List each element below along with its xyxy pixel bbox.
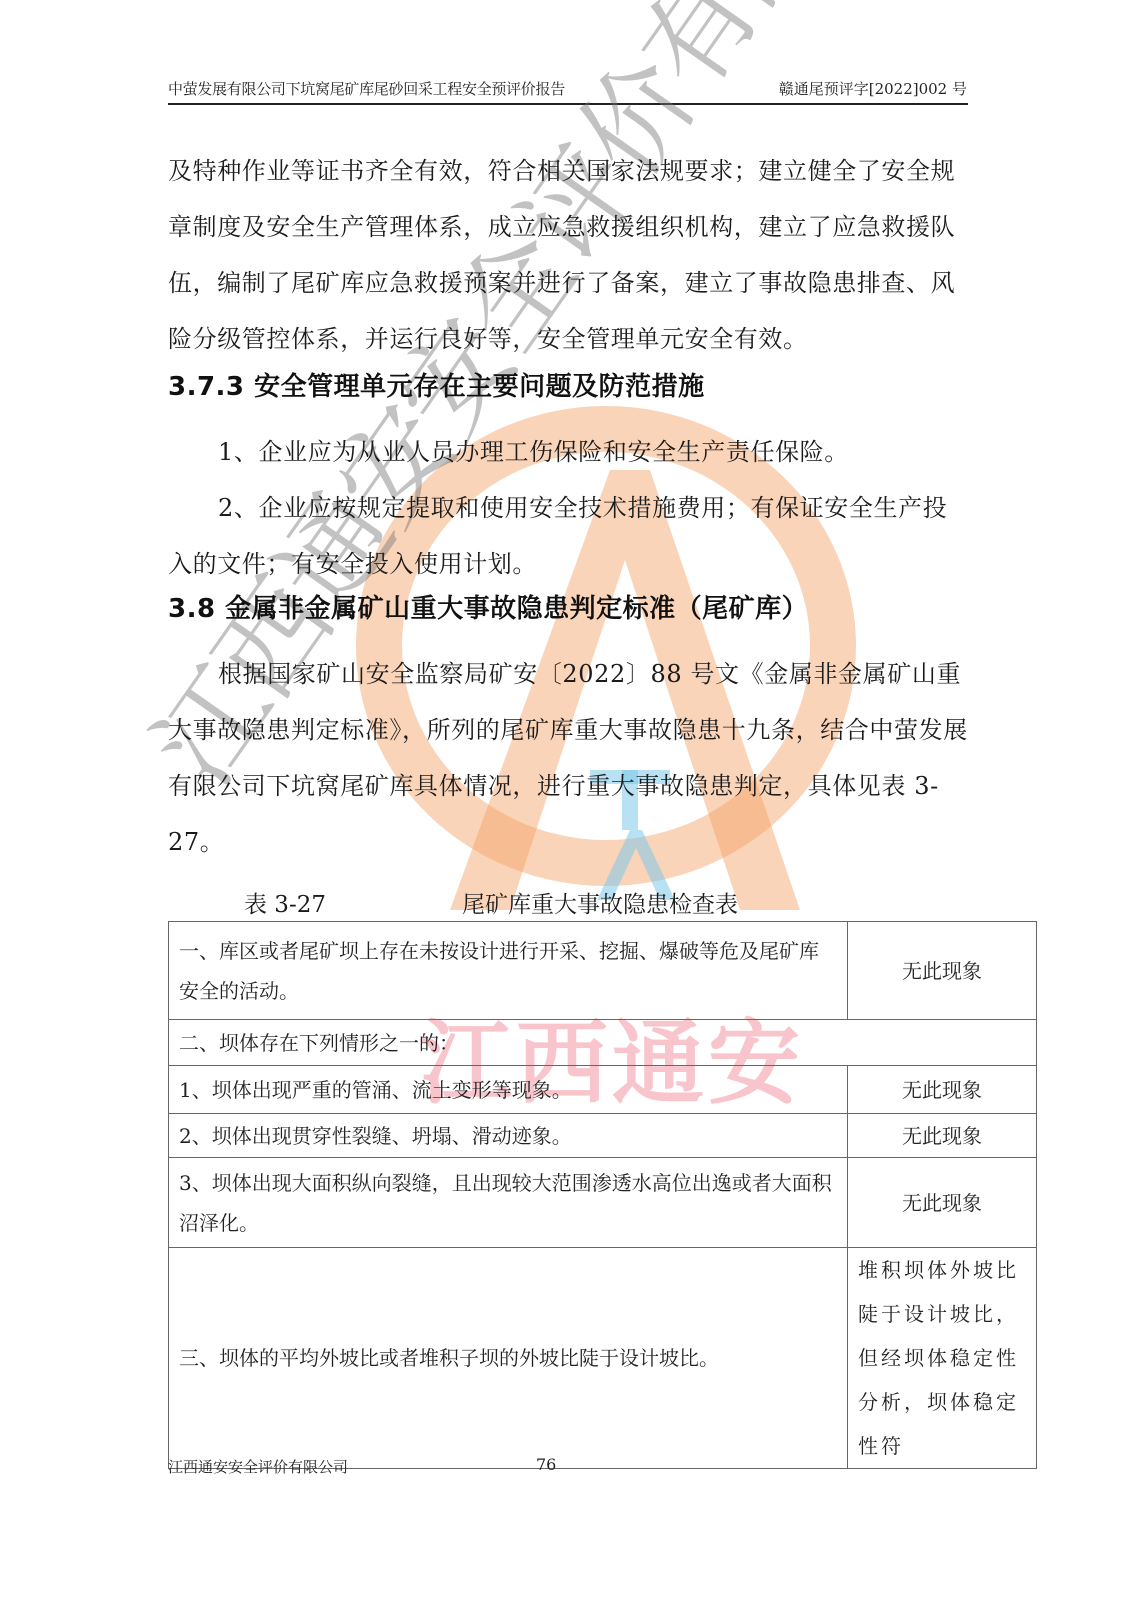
footer-company: 江西通安安全评价有限公司 <box>168 1456 348 1477</box>
table-caption-title: 尾矿库重大事故隐患检查表 <box>462 886 738 919</box>
header-rule <box>168 103 968 105</box>
heading-3-7-3: 3.7.3 安全管理单元存在主要问题及防范措施 <box>168 366 705 403</box>
paragraph-3-8: 根据国家矿山安全监察局矿安〔2022〕88 号文《金属非金属矿山重大事故隐患判定… <box>168 646 968 870</box>
table-row: 3、坝体出现大面积纵向裂缝，且出现较大范围渗透水高位出逸或者大面积沼泽化。 无此… <box>169 1158 1037 1248</box>
table-row: 二、坝体存在下列情形之一的： <box>169 1020 1037 1066</box>
report-title: 中萤发展有限公司下坑窝尾矿库尾砂回采工程安全预评价报告 <box>168 78 565 99</box>
result-cell: 无此现象 <box>848 1114 1037 1158</box>
hazard-checklist-table: 一、库区或者尾矿坝上存在未按设计进行开采、挖掘、爆破等危及尾矿库安全的活动。 无… <box>168 921 1037 1469</box>
result-cell: 堆积坝体外坡比陡于设计坡比，但经坝体稳定性分析，坝体稳定性符 <box>848 1248 1037 1469</box>
page-number: 76 <box>536 1455 556 1474</box>
document-page: 中萤发展有限公司下坑窝尾矿库尾砂回采工程安全预评价报告 赣通尾预评字[2022]… <box>0 0 1131 1600</box>
item-cell: 三、坝体的平均外坡比或者堆积子坝的外坡比陡于设计坡比。 <box>169 1248 848 1469</box>
item-cell: 1、坝体出现严重的管涌、流土变形等现象。 <box>169 1066 848 1114</box>
result-cell: 无此现象 <box>848 922 1037 1020</box>
table-row: 1、坝体出现严重的管涌、流土变形等现象。 无此现象 <box>169 1066 1037 1114</box>
document-number: 赣通尾预评字[2022]002 号 <box>779 78 967 99</box>
table-row: 三、坝体的平均外坡比或者堆积子坝的外坡比陡于设计坡比。 堆积坝体外坡比陡于设计坡… <box>169 1248 1037 1469</box>
heading-3-8: 3.8 金属非金属矿山重大事故隐患判定标准（尾矿库） <box>168 588 808 625</box>
table-row: 一、库区或者尾矿坝上存在未按设计进行开采、挖掘、爆破等危及尾矿库安全的活动。 无… <box>169 922 1037 1020</box>
item-cell: 2、坝体出现贯穿性裂缝、坍塌、滑动迹象。 <box>169 1114 848 1158</box>
result-cell: 无此现象 <box>848 1158 1037 1248</box>
item-cell: 二、坝体存在下列情形之一的： <box>169 1020 1037 1066</box>
page-header: 中萤发展有限公司下坑窝尾矿库尾砂回采工程安全预评价报告 赣通尾预评字[2022]… <box>168 78 967 100</box>
measure-item-2: 2、企业应按规定提取和使用安全技术措施费用；有保证安全生产投入的文件；有安全投入… <box>168 480 968 592</box>
item-cell: 一、库区或者尾矿坝上存在未按设计进行开采、挖掘、爆破等危及尾矿库安全的活动。 <box>169 922 848 1020</box>
item-cell: 3、坝体出现大面积纵向裂缝，且出现较大范围渗透水高位出逸或者大面积沼泽化。 <box>169 1158 848 1248</box>
table-row: 2、坝体出现贯穿性裂缝、坍塌、滑动迹象。 无此现象 <box>169 1114 1037 1158</box>
paragraph-continued: 及特种作业等证书齐全有效，符合相关国家法规要求；建立健全了安全规章制度及安全生产… <box>168 143 968 367</box>
table-caption-number: 表 3-27 <box>244 886 326 919</box>
result-cell: 无此现象 <box>848 1066 1037 1114</box>
measure-item-1: 1、企业应为从业人员办理工伤保险和安全生产责任保险。 <box>168 424 968 480</box>
